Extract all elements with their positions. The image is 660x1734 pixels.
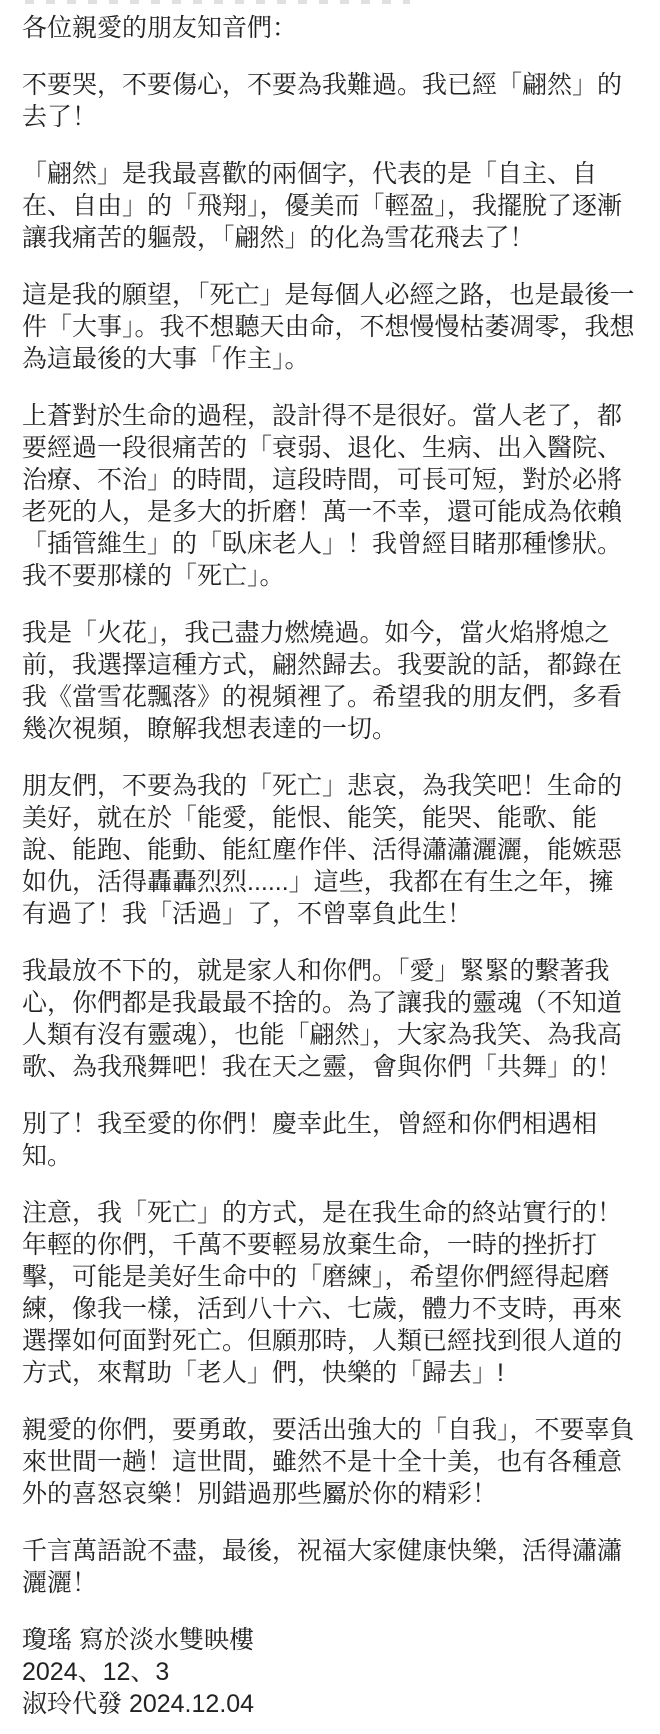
letter-paragraph: 親愛的你們，要勇敢，要活出強大的「自我」，不要辜負來世間一趟！這世間，雖然不是十…	[22, 1414, 638, 1510]
letter-salutation: 各位親愛的朋友知音們：	[22, 12, 638, 44]
letter-paragraph: 這是我的願望，「死亡」是每個人必經之路，也是最後一件「大事」。我不想聽天由命，不…	[22, 279, 638, 375]
letter-paragraph: 注意，我「死亡」的方式，是在我生命的終站實行的！年輕的你們，千萬不要輕易放棄生命…	[22, 1197, 638, 1389]
letter-paragraph: 別了！我至愛的你們！慶幸此生，曾經和你們相遇相知。	[22, 1108, 638, 1172]
letter-paragraph: 我最放不下的，就是家人和你們。「愛」緊緊的繫著我心，你們都是我最最不捨的。為了讓…	[22, 955, 638, 1083]
letter-paragraph: 朋友們，不要為我的「死亡」悲哀，為我笑吧！生命的美好，就在於「能愛，能恨、能笑，…	[22, 770, 638, 930]
letter-body: 各位親愛的朋友知音們： 不要哭，不要傷心，不要為我難過。我已經「翩然」的去了！ …	[22, 12, 638, 1720]
cropped-text-remnant	[25, 0, 410, 4]
signature-block: 瓊瑤 寫於淡水雙映樓 2024、12、3 淑玲代發 2024.12.04	[22, 1624, 638, 1720]
letter-paragraph: 「翩然」是我最喜歡的兩個字，代表的是「自主、自在、自由」的「飛翔」，優美而「輕盈…	[22, 158, 638, 254]
letter-paragraph: 上蒼對於生命的過程，設計得不是很好。當人老了，都要經過一段很痛苦的「衰弱、退化、…	[22, 400, 638, 592]
signature-date: 2024、12、3	[22, 1656, 638, 1688]
letter-page: 各位親愛的朋友知音們： 不要哭，不要傷心，不要為我難過。我已經「翩然」的去了！ …	[0, 0, 660, 1734]
letter-paragraph: 千言萬語說不盡，最後，祝福大家健康快樂，活得瀟瀟灑灑！	[22, 1535, 638, 1599]
signature-posted-by: 淑玲代發 2024.12.04	[22, 1688, 638, 1720]
signature-author: 瓊瑤 寫於淡水雙映樓	[22, 1624, 638, 1656]
letter-paragraph: 不要哭，不要傷心，不要為我難過。我已經「翩然」的去了！	[22, 69, 638, 133]
letter-paragraph: 我是「火花」，我己盡力燃燒過。如今，當火焰將熄之前，我選擇這種方式，翩然歸去。我…	[22, 617, 638, 745]
